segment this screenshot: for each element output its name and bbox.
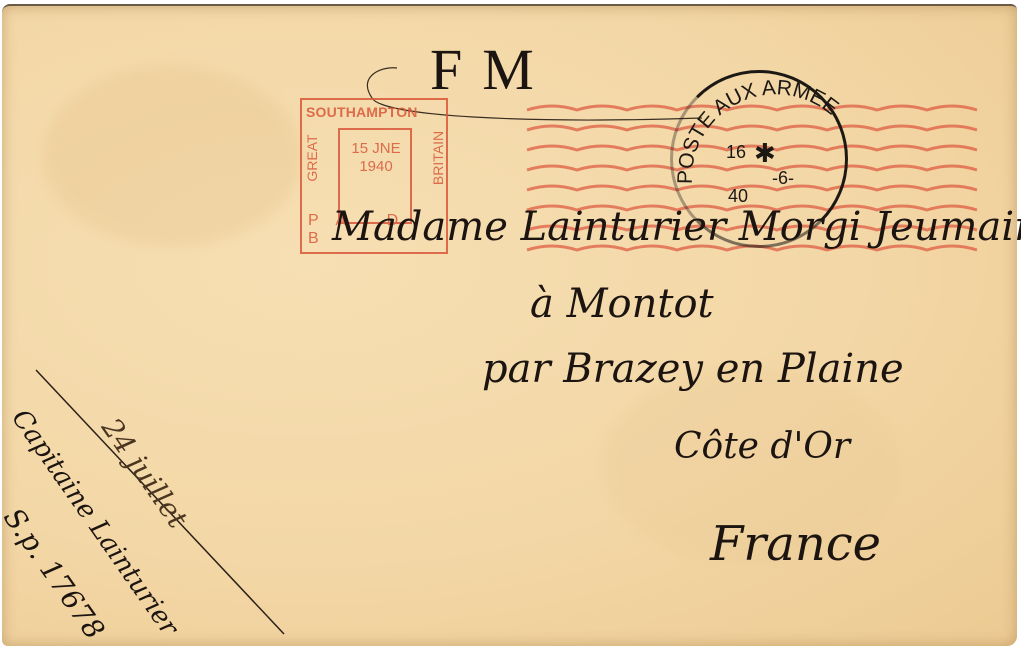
address-line-2: à Montot <box>530 281 714 327</box>
meter-left: GREAT <box>304 118 320 198</box>
meter-date: 15 JNE 1940 <box>346 140 406 176</box>
meter-date-day: 15 JNE <box>346 140 406 158</box>
address-line-1: Madame Lainturier Morgi Jeumaine <box>332 204 1021 250</box>
meter-date-year: 1940 <box>346 158 406 176</box>
address-line-3: par Brazey en Plaine <box>482 346 904 392</box>
address-line-4: Côte d'Or <box>674 426 850 467</box>
meter-right: BRITAIN <box>430 110 446 206</box>
meter-town: SOUTHAMPTON <box>306 104 418 120</box>
envelope: ✱ SOUTHAMPTON 15 JNE 1940 GREAT BRITAIN … <box>2 4 1017 646</box>
address-line-5: France <box>710 516 881 572</box>
franchise-marking: FM <box>430 36 554 103</box>
